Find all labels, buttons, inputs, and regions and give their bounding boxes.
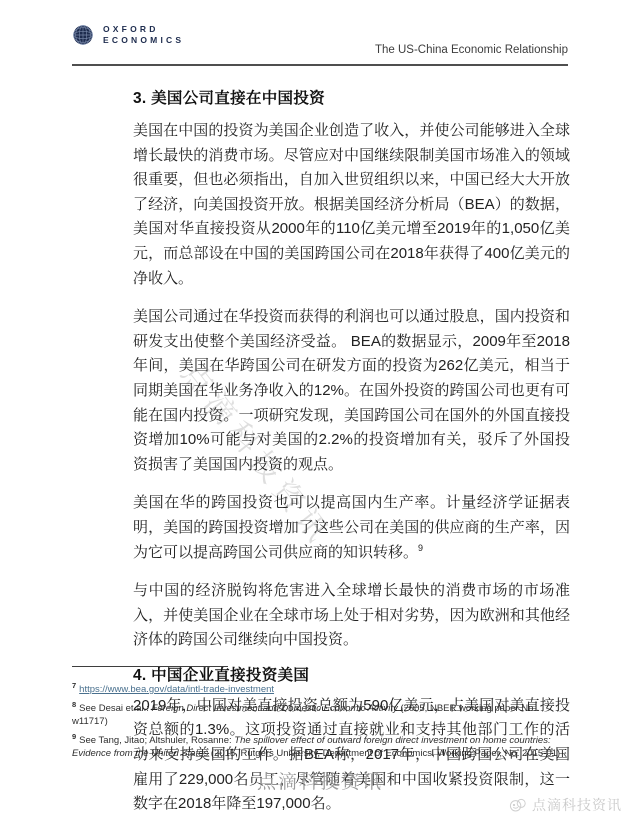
footnote-9: 9See Tang, Jitao; Altshuler, Rosanne: Th… [72,730,574,761]
logo-line-1: OXFORD [103,24,184,35]
paragraph-profits-benefit-us-economy: 美国公司通过在华投资而获得的利润也可以通过股息，国内投资和研发支出使整个美国经济… [133,305,570,477]
paragraph-text: 美国在华的跨国投资也可以提高国内生产率。计量经济学证据表明，美国的跨国投资增加了… [133,494,570,560]
footnote-7: 7https://www.bea.gov/data/intl-trade-inv… [72,679,574,697]
panda-logo-icon [509,797,527,813]
paragraph-productivity: 美国在华的跨国投资也可以提高国内生产率。计量经济学证据表明，美国的跨国投资增加了… [133,491,570,565]
logo-wordmark: OXFORD ECONOMICS [103,24,184,46]
oxford-economics-logo: OXFORD ECONOMICS [72,24,184,46]
logo-line-2: ECONOMICS [103,35,184,46]
footnote-marker: 8 [72,700,76,709]
globe-icon [72,24,94,46]
footnote-marker: 9 [72,732,76,741]
paragraph-decoupling-risk: 与中国的经济脱钩将危害进入全球增长最快的消费市场的市场准入，并使美国企业在全球市… [133,579,570,653]
paragraph-us-investment-income: 美国在中国的投资为美国企业创造了收入，并使公司能够进入全球增长最快的消费市场。尽… [133,119,570,291]
header-divider [72,64,568,66]
footnote-text: See Tang, Jitao; Altshuler, Rosanne: [79,735,234,746]
footnote-text: See Desai et.al.: [79,703,151,714]
bea-data-link[interactable]: https://www.bea.gov/data/intl-trade-inve… [79,684,274,695]
corner-watermark-label: 点滴科技资讯 [532,795,622,815]
footnote-8: 8See Desai et.al.: Foreign Direct Invest… [72,698,574,729]
corner-watermark: 点滴科技资讯 [509,795,622,815]
document-title: The US-China Economic Relationship [375,44,568,56]
center-watermark: 点滴科技资讯 [0,767,640,794]
footnote-marker: 7 [72,681,76,690]
document-page: 点滴科技资讯 OXFORD ECONOMICS The US-China Eco… [0,0,640,828]
footnote-ref-9: 9 [418,543,423,553]
footnote-text: (2015, Rutgers University, Department of… [208,748,560,759]
page-header: OXFORD ECONOMICS The US-China Economic R… [72,24,568,58]
footnote-citation-title: Foreign Direct Investment and Domestic E… [152,703,398,714]
footnote-divider [72,666,228,667]
section-3-heading: 3. 美国公司直接在中国投资 [133,86,570,108]
footnotes-block: 7https://www.bea.gov/data/intl-trade-inv… [72,666,574,762]
